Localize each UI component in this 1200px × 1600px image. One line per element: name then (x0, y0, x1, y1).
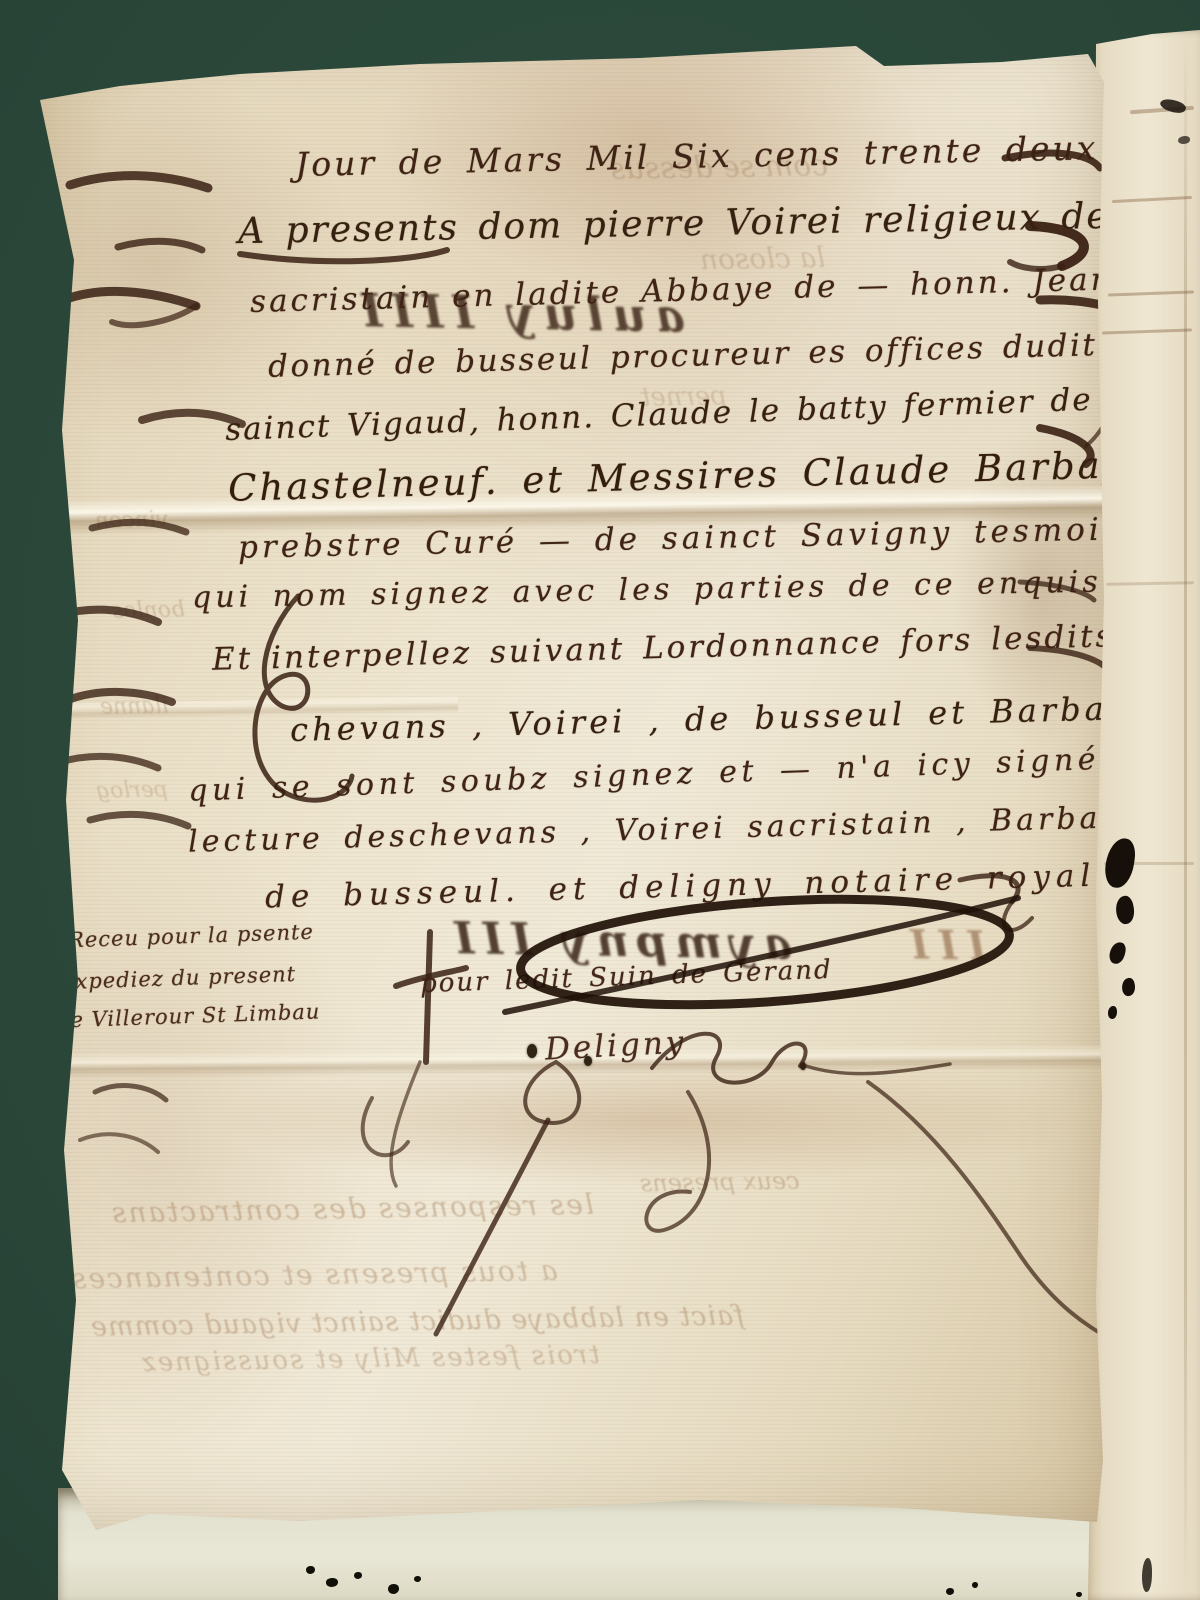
ink-blot (1108, 941, 1127, 966)
show-through-text: vincon (95, 507, 169, 533)
signature-tail (646, 1092, 709, 1231)
underline-flourish (240, 250, 447, 261)
manuscript-line: lecture deschevans , Voirei sacristain ,… (188, 799, 1157, 859)
ink-speck (388, 1584, 399, 1594)
right-page-streak (1102, 328, 1192, 334)
right-page-streak (1108, 291, 1194, 297)
signature-tail (868, 1082, 1118, 1344)
margin-note-line: Receu pour la psente (68, 920, 315, 953)
margin-stroke (112, 306, 196, 325)
margin-stroke (80, 1134, 158, 1152)
manuscript-line: prebstre Curé — de sainct Savigny tesmoi… (238, 510, 1171, 566)
manuscript-line: qui nom signez avec les parties de ce en… (192, 564, 1157, 616)
show-through-text: ceux presens (640, 1167, 800, 1198)
right-page-streak (1106, 581, 1194, 586)
ink-speck (414, 1576, 421, 1582)
margin-stroke (60, 756, 158, 768)
ink-speck (306, 1566, 315, 1574)
signature-tail (525, 1062, 579, 1123)
margin-stroke (90, 814, 188, 826)
signature-paraph (806, 1064, 950, 1074)
notary-signature: Deligny (544, 1024, 687, 1067)
ink-blot (1178, 136, 1190, 144)
right-page-crease (1184, 30, 1187, 1600)
margin-note-line: expediez du present (62, 962, 297, 994)
show-through-text: faict en labbaye dudict sainct vigaud co… (90, 1300, 745, 1342)
right-page (1082, 30, 1200, 1600)
manuscript-page: com se dessus la closon pernet vincon bo… (0, 0, 1120, 1545)
paper-hole (527, 1044, 537, 1058)
manuscript-line: Chastelneuf. et Messires Claude Barbay (228, 443, 1127, 510)
ink-bleed-through: III (900, 921, 987, 969)
photo-of-manuscript: com se dessus la closon pernet vincon bo… (0, 0, 1200, 1600)
paper-hole (584, 1056, 592, 1066)
show-through-text: ilanne (100, 693, 169, 719)
ink-blot (1108, 1006, 1117, 1019)
paper-hole (800, 1062, 806, 1070)
ink-blot (1103, 836, 1138, 889)
show-through-text: trois festes Mily et soussignez (140, 1340, 600, 1378)
margin-note-line: de Villerour St Limbau (56, 999, 321, 1032)
show-through-text: les responses des contractans (110, 1188, 594, 1229)
manuscript-line: Et interpellez suivant Lordonnance fors … (212, 618, 1115, 678)
show-through-text: bonlos (112, 597, 186, 623)
line-end-swash (1004, 902, 1032, 930)
ink-blot (1142, 1558, 1152, 1592)
margin-stroke (70, 176, 208, 188)
manuscript-line: A presents dom pierre Voirei religieux d… (238, 195, 1168, 252)
ink-speck (326, 1578, 338, 1587)
signature-tail (436, 1120, 548, 1334)
ink-blot (1121, 977, 1136, 996)
margin-stroke (95, 1086, 166, 1100)
ink-speck (354, 1572, 362, 1579)
ink-blot (1159, 96, 1187, 115)
ink-speck (946, 1588, 954, 1595)
signature-tail (363, 1098, 408, 1155)
show-through-text: perlog (96, 777, 168, 803)
manuscript-line: de busseul. et deligny notaire royal / (265, 857, 1141, 916)
ink-speck (972, 1582, 978, 1588)
right-page-streak (1112, 196, 1192, 203)
margin-stroke (118, 241, 202, 250)
ink-blot (1114, 895, 1137, 926)
show-through-text: a tous presens et contenances (70, 1254, 558, 1296)
margin-cross-tail (391, 1062, 420, 1186)
manuscript-line: qui se sont soubz signez et — n'a icy si… (188, 738, 1200, 808)
margin-stroke (64, 291, 196, 306)
ink-speck (1076, 1592, 1082, 1597)
manuscript-line: chevans , Voirei , de busseul et Barbay (290, 689, 1131, 749)
